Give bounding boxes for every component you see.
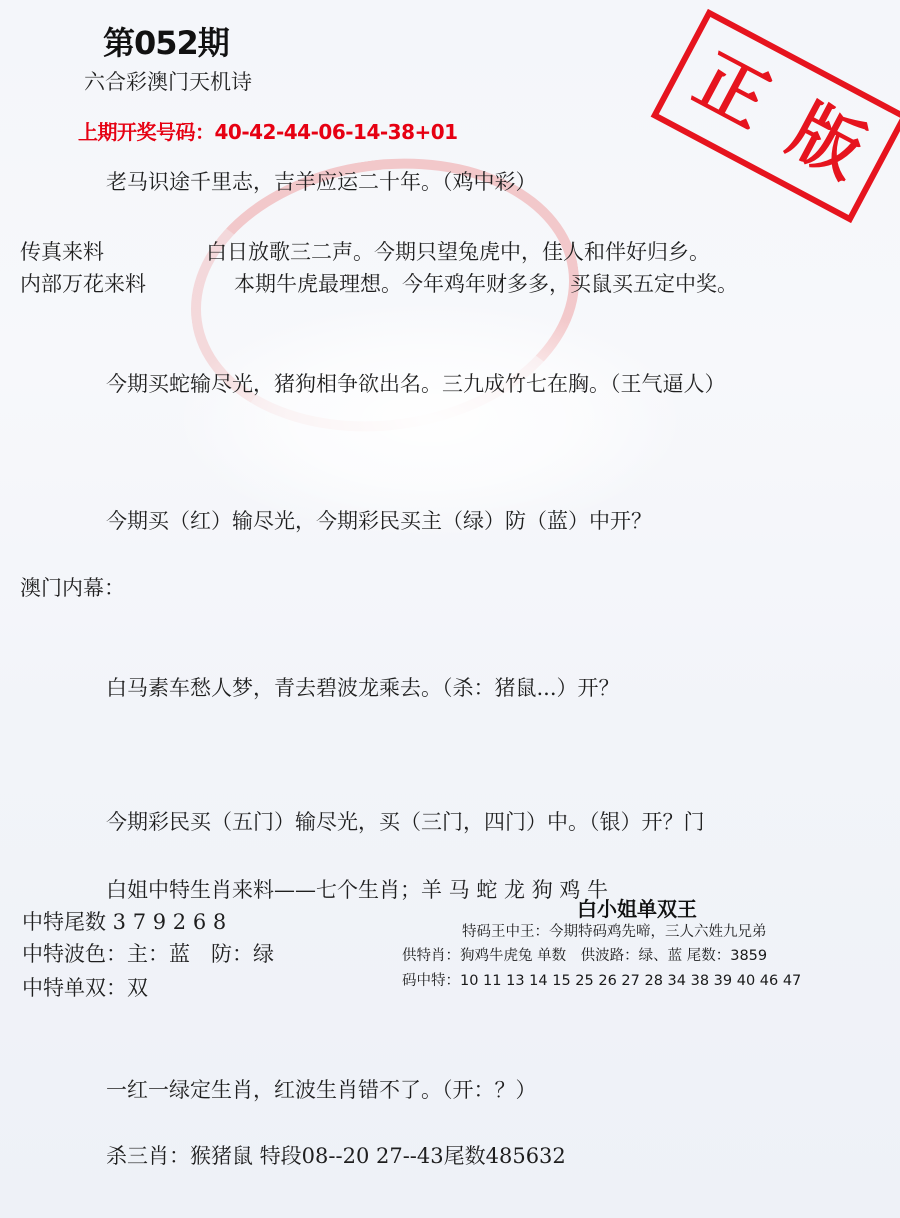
poem-line-5: 今期彩民买（五门）输尽光，买（三门，四门）中。（银）开？门 <box>106 806 705 836</box>
box-line-numbers: 码中特：10 11 13 14 15 25 26 27 28 34 38 39 … <box>402 969 801 990</box>
genuine-stamp: 正 版 <box>651 9 900 223</box>
subtitle: 六合彩澳门天机诗 <box>84 66 252 96</box>
wanhua-source-text: 本期牛虎最理想。今年鸡年财多多，买鼠买五定中奖。 <box>234 268 738 298</box>
wave-color-line: 中特波色：主：蓝 防：绿 <box>22 938 274 968</box>
poem-line-4: 白马素车愁人梦，青去碧波龙乘去。（杀：猪鼠...）开？ <box>106 672 620 702</box>
wanhua-source-label: 内部万花来料 <box>20 268 146 298</box>
poem-line-6: 一红一绿定生肖，红波生肖错不了。（开：？） <box>106 1074 537 1104</box>
poem-line-2: 今期买蛇输尽光，猪狗相争欲出名。三九成竹七在胸。（王气逼人） <box>106 368 726 398</box>
poem-line-1: 老马识途千里志，吉羊应运二十年。（鸡中彩） <box>106 166 537 196</box>
stamp-char-1: 正 <box>685 43 780 138</box>
zodiac-picks-line: 白姐中特生肖来料——七个生肖；羊 马 蛇 龙 狗 鸡 牛 <box>106 874 608 904</box>
fax-source-label: 传真来料 <box>20 236 104 266</box>
poem-line-3: 今期买（红）输尽光，今期彩民买主（绿）防（蓝）中开？ <box>106 505 652 535</box>
macau-insider-label: 澳门内幕： <box>20 572 125 602</box>
odd-even-line: 中特单双：双 <box>22 972 148 1002</box>
box-line-special-code: 特码王中王：今期特码鸡先啼，三人六姓九兄弟 <box>462 920 767 941</box>
box-line-zodiac-wave: 供特肖：狗鸡牛虎兔 单数 供波路：绿、蓝 尾数：3859 <box>402 944 767 965</box>
last-draw-numbers: 上期开奖号码：40-42-44-06-14-38+01 <box>78 116 458 145</box>
issue-title: 第052期 <box>103 18 229 64</box>
fax-source-text: 白日放歌三二声。今期只望兔虎中，佳人和伴好归乡。 <box>206 236 710 266</box>
tail-numbers-line: 中特尾数 3 7 9 2 6 8 <box>22 906 226 936</box>
stamp-char-2: 版 <box>780 94 875 189</box>
kill-three-zodiacs-line: 杀三肖：猴猪鼠 特段08--20 27--43尾数485632 <box>106 1140 566 1170</box>
box-title: 白小姐单双王 <box>577 893 697 922</box>
watermark-glow <box>170 300 690 540</box>
